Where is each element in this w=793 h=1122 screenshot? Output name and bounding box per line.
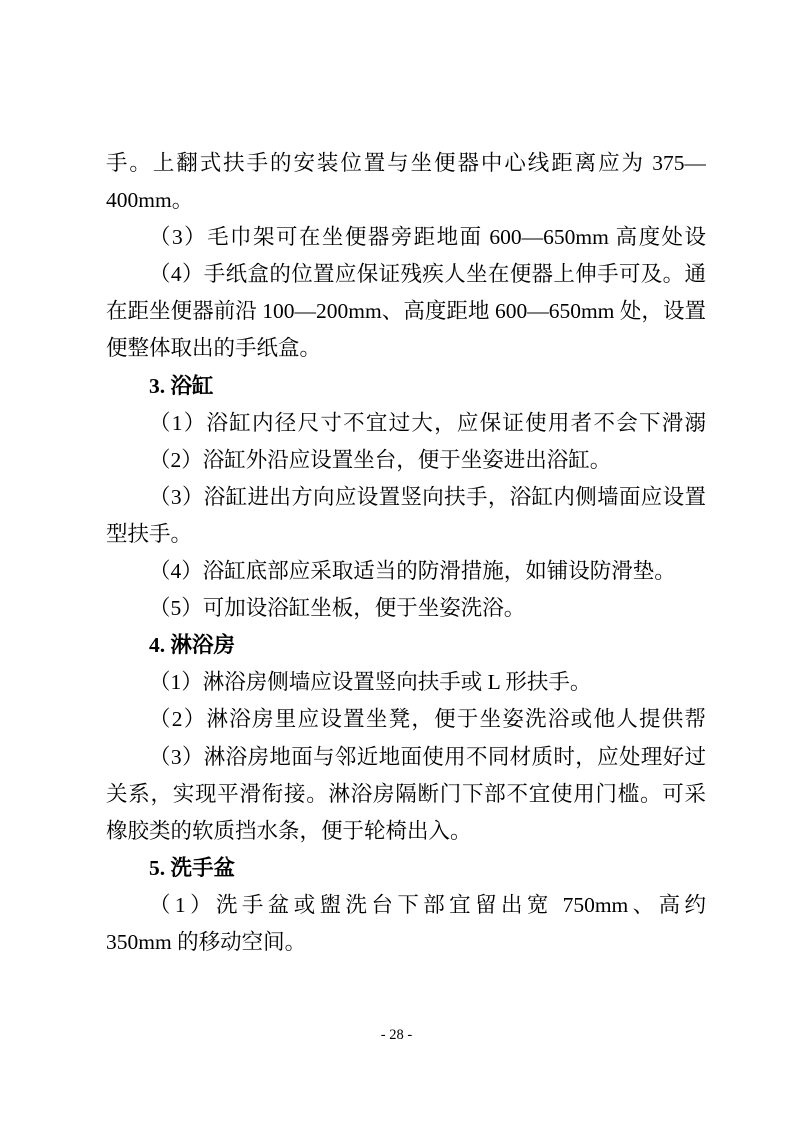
document-page: 手。上翻式扶手的安装位置与坐便器中心线距离应为 375— 400mm。 （3）毛… bbox=[0, 0, 793, 1122]
text-line: 型扶手。 bbox=[106, 516, 706, 553]
text-line: （5）可加设浴缸坐板，便于坐姿洗浴。 bbox=[106, 590, 706, 627]
heading-bathtub: 3. 浴缸 bbox=[106, 368, 706, 405]
text-line: 橡胶类的软质挡水条，便于轮椅出入。 bbox=[106, 813, 706, 850]
heading-washbasin: 5. 洗手盆 bbox=[106, 850, 706, 887]
text-line: 关系，实现平滑衔接。淋浴房隔断门下部不宜使用门槛。可采用 bbox=[106, 776, 706, 813]
text-line: （1）浴缸内径尺寸不宜过大，应保证使用者不会下滑溺水。 bbox=[106, 405, 706, 442]
text-line: 350mm 的移动空间。 bbox=[106, 924, 706, 961]
text-line: （3）浴缸进出方向应设置竖向扶手，浴缸内侧墙面应设置 L bbox=[106, 479, 706, 516]
text-line: 手。上翻式扶手的安装位置与坐便器中心线距离应为 375— bbox=[106, 145, 706, 182]
text-line: （3）毛巾架可在坐便器旁距地面 600—650mm 高度处设置。 bbox=[106, 219, 706, 256]
text-line: （3）淋浴房地面与邻近地面使用不同材质时，应处理好过渡 bbox=[106, 739, 706, 776]
text-line: 在距坐便器前沿 100—200mm、高度距地 600—650mm 处，设置方 bbox=[106, 293, 706, 330]
text-line: （2）浴缸外沿应设置坐台，便于坐姿进出浴缸。 bbox=[106, 442, 706, 479]
text-line: 便整体取出的手纸盒。 bbox=[106, 330, 706, 367]
text-line: （1）淋浴房侧墙应设置竖向扶手或 L 形扶手。 bbox=[106, 664, 706, 701]
page-body: 手。上翻式扶手的安装位置与坐便器中心线距离应为 375— 400mm。 （3）毛… bbox=[106, 145, 706, 961]
text-line: 400mm。 bbox=[106, 182, 706, 219]
text-line: （2）淋浴房里应设置坐凳，便于坐姿洗浴或他人提供帮助。 bbox=[106, 701, 706, 738]
text-line: （1）洗手盆或盥洗台下部宜留出宽 750mm、高约 650mm、深 bbox=[106, 887, 706, 924]
text-line: （4）浴缸底部应采取适当的防滑措施，如铺设防滑垫。 bbox=[106, 553, 706, 590]
heading-shower-room: 4. 淋浴房 bbox=[106, 627, 706, 664]
text-line: （4）手纸盒的位置应保证残疾人坐在便器上伸手可及。通常 bbox=[106, 256, 706, 293]
page-number: - 28 - bbox=[0, 1026, 793, 1044]
